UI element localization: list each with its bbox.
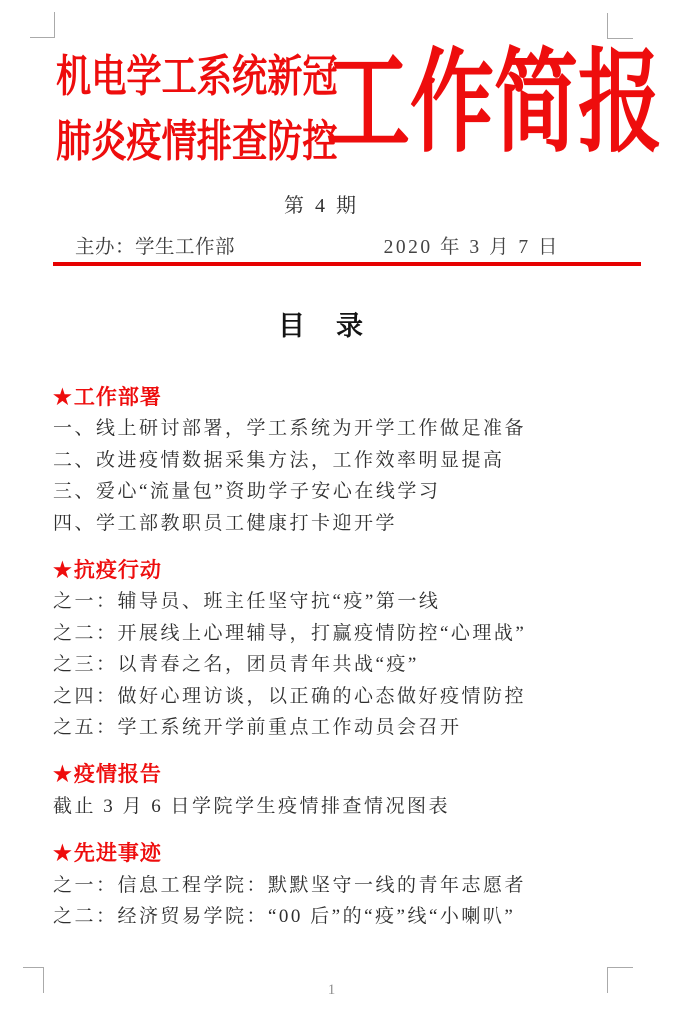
crop-mark-top-right-icon: [607, 13, 633, 39]
toc-item: 四、学工部教职员工健康打卡迎开学: [53, 508, 633, 539]
issue-number: 第 4 期: [0, 192, 643, 220]
toc-item: 之一：信息工程学院：默默坚守一线的青年志愿者: [53, 870, 633, 901]
star-icon: ★: [53, 558, 73, 582]
masthead-subject: 机电学工系统新冠 肺炎疫情排查防控: [56, 44, 338, 174]
toc-item: 二、改进疫情数据采集方法，工作效率明显提高: [53, 445, 633, 476]
red-divider-rule: [53, 262, 641, 266]
toc-item: 三、爱心“流量包”资助学子安心在线学习: [53, 476, 633, 507]
star-icon: ★: [53, 841, 73, 865]
masthead-main-title: 工作简报: [326, 38, 662, 168]
crop-mark-top-left-icon: [30, 12, 55, 38]
star-icon: ★: [53, 762, 73, 786]
toc-item: 之二：开展线上心理辅导，打赢疫情防控“心理战”: [53, 618, 633, 649]
masthead-subject-line2: 肺炎疫情排查防控: [56, 109, 338, 174]
toc-item: 一、线上研讨部署，学工系统为开学工作做足准备: [53, 413, 633, 444]
section-epidemic-report: ★疫情报告 截止 3 月 6 日学院学生疫情排查情况图表: [53, 759, 633, 822]
toc-item: 之一：辅导员、班主任坚守抗“疫”第一线: [53, 586, 633, 617]
toc-item: 截止 3 月 6 日学院学生疫情排查情况图表: [53, 791, 633, 822]
toc-item: 之二：经济贸易学院：“00 后”的“疫”线“小喇叭”: [53, 901, 633, 932]
publisher-row: 主办：学生工作部 2020 年 3 月 7 日: [75, 234, 560, 262]
section-heading-text: 疫情报告: [74, 762, 162, 786]
masthead-subject-line1: 机电学工系统新冠: [56, 44, 338, 109]
toc-item: 之四：做好心理访谈，以正确的心态做好疫情防控: [53, 681, 633, 712]
table-of-contents: ★工作部署 一、线上研讨部署，学工系统为开学工作做足准备 二、改进疫情数据采集方…: [53, 382, 633, 933]
section-work-deployment: ★工作部署 一、线上研讨部署，学工系统为开学工作做足准备 二、改进疫情数据采集方…: [53, 382, 633, 539]
page-number: 1: [0, 980, 663, 1000]
section-heading: ★先进事迹: [53, 838, 633, 869]
section-advanced-deeds: ★先进事迹 之一：信息工程学院：默默坚守一线的青年志愿者 之二：经济贸易学院：“…: [53, 838, 633, 932]
document-page: 机电学工系统新冠 肺炎疫情排查防控 工作简报 第 4 期 主办：学生工作部 20…: [0, 0, 683, 1013]
section-heading-text: 抗疫行动: [74, 558, 162, 582]
section-heading: ★工作部署: [53, 382, 633, 413]
section-heading: ★抗疫行动: [53, 555, 633, 586]
section-heading-text: 先进事迹: [74, 841, 162, 865]
toc-title: 目 录: [0, 308, 643, 344]
section-heading: ★疫情报告: [53, 759, 633, 790]
section-heading-text: 工作部署: [74, 385, 162, 409]
publish-date: 2020 年 3 月 7 日: [384, 234, 560, 262]
publisher-label: 主办：学生工作部: [75, 234, 235, 262]
toc-item: 之三：以青春之名，团员青年共战“疫”: [53, 649, 633, 680]
star-icon: ★: [53, 385, 73, 409]
toc-item: 之五：学工系统开学前重点工作动员会召开: [53, 712, 633, 743]
section-anti-epidemic-actions: ★抗疫行动 之一：辅导员、班主任坚守抗“疫”第一线 之二：开展线上心理辅导，打赢…: [53, 555, 633, 743]
